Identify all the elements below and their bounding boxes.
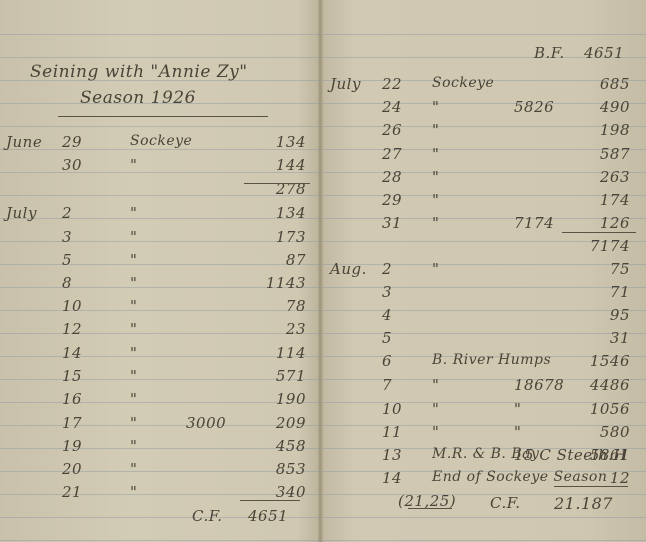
row-day: 8 [62, 274, 72, 292]
row-count: 126 [600, 214, 630, 232]
row-count: 134 [276, 204, 306, 222]
row-note: 18678 [514, 376, 564, 394]
ledger-title: Seining with "Annie Zy" [30, 62, 248, 82]
row-day: 22 [382, 75, 402, 93]
row-count: 458 [276, 437, 306, 455]
row-count: 71 [610, 283, 630, 301]
row-species: " [432, 214, 439, 232]
row-species: " [432, 168, 439, 186]
row-note: 7174 [514, 214, 554, 232]
brought-forward-label: B.F. [534, 44, 565, 62]
row-day: 2 [382, 260, 392, 278]
row-count: 87 [286, 251, 306, 269]
carried-forward-label: C.F. [192, 507, 223, 525]
row-day: 7 [382, 376, 392, 394]
row-day: 27 [382, 145, 402, 163]
row-species: Sockeye [432, 75, 494, 91]
row-day: 11 [382, 423, 402, 441]
row-count: 173 [276, 228, 306, 246]
row-count: 587 [600, 145, 630, 163]
right-page: B.F. 4651 July22Sockeye68524"582649026"1… [322, 0, 646, 542]
row-count: 490 [600, 98, 630, 116]
row-day: 21 [62, 483, 82, 501]
row-count: 190 [276, 390, 306, 408]
season-note-underline [408, 508, 452, 509]
row-count: 7174 [590, 237, 630, 255]
row-species: " [130, 204, 137, 222]
row-count: 263 [600, 168, 630, 186]
row-day: 4 [382, 306, 392, 324]
row-species: " [432, 98, 439, 116]
row-day: 3 [62, 228, 72, 246]
row-count: 1546 [590, 352, 630, 370]
notebook-spread: Seining with "Annie Zy" Season 1926 June… [0, 0, 646, 542]
subtotal-rule [244, 183, 310, 184]
row-count: 5861 [590, 446, 630, 464]
row-count: 580 [600, 423, 630, 441]
row-count: 4486 [590, 376, 630, 394]
row-note: 3000 [186, 414, 226, 432]
row-species: " [130, 228, 137, 246]
row-count: 209 [276, 414, 306, 432]
row-count: 31 [610, 329, 630, 347]
total-rule [554, 486, 628, 487]
carried-forward-total: 21.187 [554, 494, 613, 513]
row-species: B. River Humps [432, 352, 551, 368]
row-species: " [130, 274, 137, 292]
row-day: 15 [62, 367, 82, 385]
row-species: " [432, 145, 439, 163]
row-species: " [432, 260, 439, 278]
row-day: 30 [62, 156, 82, 174]
row-count: 1143 [266, 274, 306, 292]
row-count: 78 [286, 297, 306, 315]
row-day: 13 [382, 446, 402, 464]
row-species: End of Sockeye Season [432, 469, 607, 485]
row-day: 14 [62, 344, 82, 362]
row-note: " [514, 400, 521, 418]
row-count: 23 [286, 320, 306, 338]
row-species: " [432, 121, 439, 139]
row-day: 24 [382, 98, 402, 116]
row-day: 28 [382, 168, 402, 186]
row-day: 26 [382, 121, 402, 139]
row-count: 114 [276, 344, 306, 362]
row-count: 174 [600, 191, 630, 209]
row-species: " [130, 390, 137, 408]
row-count: 95 [610, 306, 630, 324]
row-species: " [130, 297, 137, 315]
row-count: 134 [276, 133, 306, 151]
row-day: 10 [62, 297, 82, 315]
row-day: 20 [62, 460, 82, 478]
row-species: " [432, 400, 439, 418]
row-day: 29 [62, 133, 82, 151]
row-day: 10 [382, 400, 402, 418]
row-species: " [432, 423, 439, 441]
row-count: 144 [276, 156, 306, 174]
row-species: " [130, 344, 137, 362]
row-month: Aug. [330, 260, 367, 278]
row-count: 853 [276, 460, 306, 478]
row-day: 17 [62, 414, 82, 432]
row-day: 12 [62, 320, 82, 338]
row-count: 340 [276, 483, 306, 501]
row-count: 12 [610, 469, 630, 487]
row-count: 685 [600, 75, 630, 93]
row-day: 14 [382, 469, 402, 487]
row-month: July [330, 75, 361, 93]
row-species: " [432, 191, 439, 209]
row-species: " [130, 320, 137, 338]
row-species: Sockeye [130, 133, 192, 149]
row-day: 3 [382, 283, 392, 301]
row-day: 16 [62, 390, 82, 408]
row-day: 19 [62, 437, 82, 455]
row-month: June [6, 133, 42, 151]
ledger-season: Season 1926 [80, 88, 196, 108]
brought-forward-total: 4651 [584, 44, 624, 62]
row-count: 198 [600, 121, 630, 139]
row-day: 29 [382, 191, 402, 209]
row-day: 31 [382, 214, 402, 232]
subtotal-rule [562, 232, 636, 233]
carried-forward-total: 4651 [248, 507, 288, 525]
row-count: 1056 [590, 400, 630, 418]
row-species: " [130, 414, 137, 432]
title-underline [58, 116, 268, 117]
row-day: 5 [62, 251, 72, 269]
row-day: 2 [62, 204, 72, 222]
row-note: 5826 [514, 98, 554, 116]
row-note: " [514, 423, 521, 441]
row-day: 5 [382, 329, 392, 347]
total-rule [240, 500, 300, 501]
row-species: " [130, 483, 137, 501]
row-species: " [130, 437, 137, 455]
row-count: 571 [276, 367, 306, 385]
carried-forward-label: C.F. [490, 494, 521, 512]
row-species: " [130, 367, 137, 385]
row-species: " [130, 251, 137, 269]
row-month: July [6, 204, 37, 222]
row-species: " [130, 156, 137, 174]
row-species: " [432, 376, 439, 394]
left-page: Seining with "Annie Zy" Season 1926 June… [0, 0, 320, 542]
row-day: 6 [382, 352, 392, 370]
row-species: " [130, 460, 137, 478]
row-count: 75 [610, 260, 630, 278]
